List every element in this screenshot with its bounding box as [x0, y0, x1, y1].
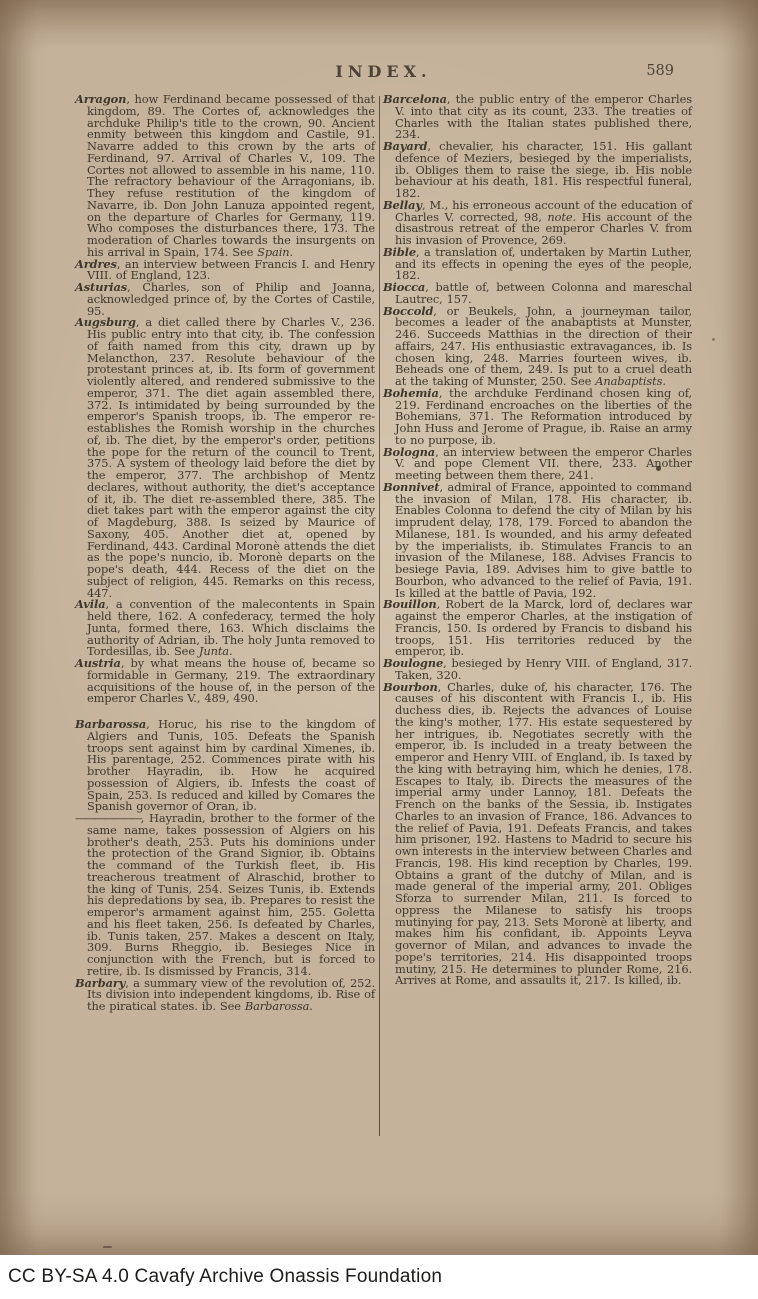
attribution-text: CC BY-SA 4.0 Cavafy Archive Onassis Foun… [0, 1266, 442, 1288]
index-entry: Barbary, a summary view of the revolutio… [75, 978, 375, 1013]
entry-term: Bellay [383, 198, 422, 212]
entry-term: Arragon [75, 92, 126, 106]
entry-term: Bohemia [383, 386, 439, 400]
index-entry: Barbarossa, Horuc, his rise to the kingd… [75, 719, 375, 813]
paper-speck [656, 466, 661, 471]
entry-term: Barbarossa [75, 717, 146, 731]
page-number: 589 [646, 63, 674, 79]
index-entry: Bouillon, Robert de la Marck, lord of, d… [383, 599, 692, 658]
paper-speck [103, 1246, 112, 1248]
index-entry: Ardres, an interview between Francis I. … [75, 259, 375, 283]
entry-term: Austria [75, 656, 121, 670]
index-entry: Augsburg, a diet called there by Charles… [75, 317, 375, 599]
entry-term: Augsburg [75, 315, 136, 329]
index-entry: Biocca, battle of, between Colonna and m… [383, 282, 692, 306]
attribution-bar: CC BY-SA 4.0 Cavafy Archive Onassis Foun… [0, 1255, 758, 1299]
entry-term: Biocca [383, 280, 425, 294]
index-entry: ———————, Hayradin, brother to the former… [75, 813, 375, 978]
index-entry: Boccold, or Beukels, John, a journeyman … [383, 306, 692, 388]
entry-term: Bonnivet [383, 480, 439, 494]
entry-term: Boulogne [383, 656, 443, 670]
index-entry: Boulogne, besieged by Henry VIII. of Eng… [383, 658, 692, 682]
paper-speck [712, 338, 715, 341]
index-columns: Arragon, how Ferdinand became possessed … [75, 94, 692, 1013]
index-entry: Bohemia, the archduke Ferdinand chosen k… [383, 388, 692, 447]
entry-term: Bouillon [383, 597, 437, 611]
index-entry: Bologna, an interview between the empero… [383, 447, 692, 482]
index-column-left: Arragon, how Ferdinand became possessed … [75, 94, 375, 1013]
index-entry: Austria, by what means the house of, bec… [75, 658, 375, 705]
index-entry: Asturias, Charles, son of Philip and Joa… [75, 282, 375, 317]
index-entry: Bayard, chevalier, his character, 151. H… [383, 141, 692, 200]
entry-term: Ardres [75, 257, 117, 271]
index-entry: Arragon, how Ferdinand became possessed … [75, 94, 375, 259]
index-entry: Bonnivet, admiral of France, appointed t… [383, 482, 692, 600]
entry-term: Avila [75, 597, 106, 611]
entry-term: Bible [383, 245, 416, 259]
entry-term: ——————— [75, 811, 141, 825]
entry-term: Bologna [383, 445, 435, 459]
index-entry: Bourbon, Charles, duke of, his character… [383, 682, 692, 988]
entry-term: Bourbon [383, 680, 438, 694]
index-entry: Bible, a translation of, undertaken by M… [383, 247, 692, 282]
page-header: INDEX. 589 [75, 62, 692, 86]
index-entry: Bellay, M., his erroneous account of the… [383, 200, 692, 247]
index-entry: Avila, a convention of the malecontents … [75, 599, 375, 658]
index-column-right: Barcelona, the public entry of the emper… [383, 94, 692, 1013]
entry-term: Barcelona [383, 92, 447, 106]
entry-term: Boccold [383, 304, 433, 318]
scanned-book-page: INDEX. 589 Arragon, how Ferdinand became… [0, 0, 758, 1299]
paper-background: INDEX. 589 Arragon, how Ferdinand became… [0, 0, 758, 1255]
page-title: INDEX. [75, 62, 692, 81]
entry-term: Asturias [75, 280, 127, 294]
index-entry: Barcelona, the public entry of the emper… [383, 94, 692, 141]
entry-term: Bayard [383, 139, 427, 153]
entry-term: Barbary [75, 976, 125, 990]
